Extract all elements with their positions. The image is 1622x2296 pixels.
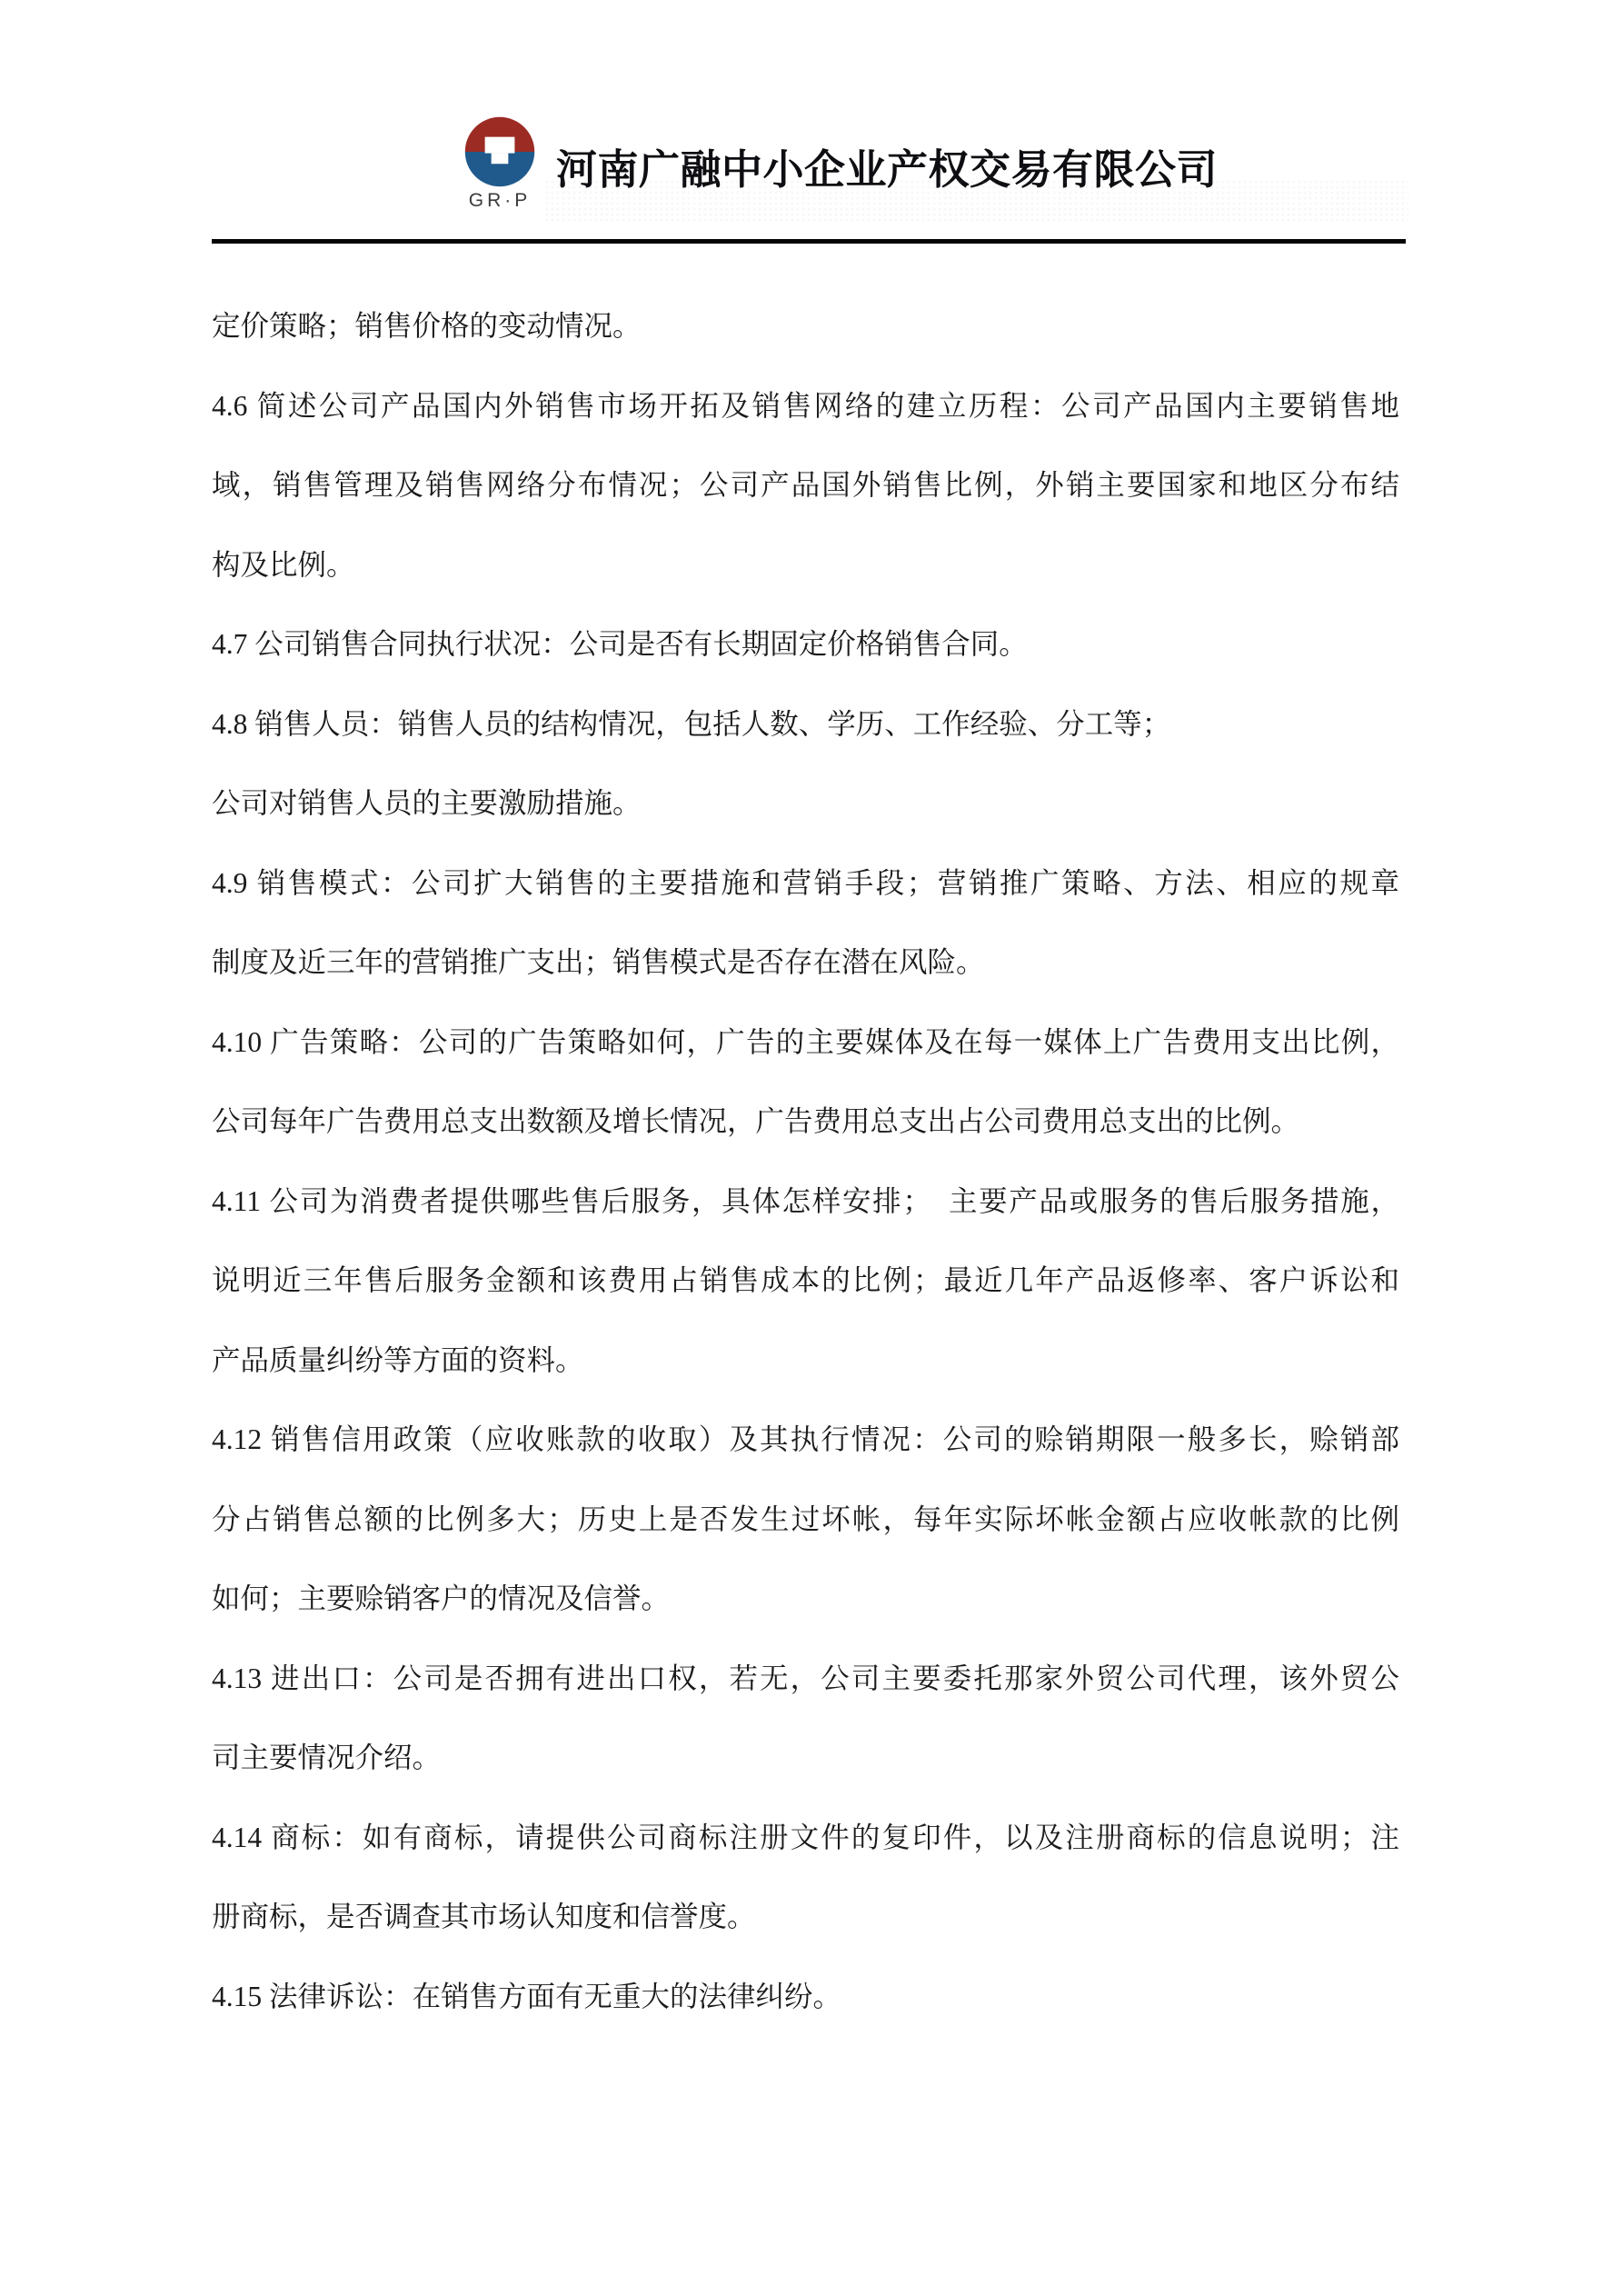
- body-line: 4.14 商标：如有商标，请提供公司商标注册文件的复印件，以及注册商标的信息说明…: [212, 1798, 1399, 1878]
- body-line: 4.7 公司销售合同执行状况：公司是否有长期固定价格销售合同。: [212, 604, 1399, 684]
- body-line: 4.8 销售人员：销售人员的结构情况，包括人数、学历、工作经验、分工等；: [212, 684, 1399, 764]
- body-line: 司主要情况介绍。: [212, 1718, 1399, 1798]
- company-logo: GR·P: [460, 116, 540, 212]
- body-line: 4.12 销售信用政策（应收账款的收取）及其执行情况：公司的赊销期限一般多长，赊…: [212, 1400, 1399, 1480]
- body-line: 如何；主要赊销客户的情况及信誉。: [212, 1559, 1399, 1639]
- body-line: 4.13 进出口：公司是否拥有进出口权，若无，公司主要委托那家外贸公司代理，该外…: [212, 1639, 1399, 1719]
- coin-logo-icon: [464, 116, 535, 187]
- header-divider: [212, 239, 1406, 244]
- document-page: GR·P 河南广融中小企业产权交易有限公司 定价策略；销售价格的变动情况。4.6…: [0, 0, 1622, 2296]
- body-line: 4.15 法律诉讼：在销售方面有无重大的法律纠纷。: [212, 1957, 1399, 2037]
- body-line: 4.11 公司为消费者提供哪些售后服务，具体怎样安排； 主要产品或服务的售后服务…: [212, 1162, 1399, 1242]
- body-line: 定价策略；销售价格的变动情况。: [212, 286, 1399, 366]
- body-line: 制度及近三年的营销推广支出；销售模式是否存在潜在风险。: [212, 923, 1399, 1003]
- body-line: 4.10 广告策略：公司的广告策略如何，广告的主要媒体及在每一媒体上广告费用支出…: [212, 1003, 1399, 1083]
- logo-monogram: GR·P: [460, 190, 540, 212]
- body-line: 册商标，是否调查其市场认知度和信誉度。: [212, 1877, 1399, 1957]
- scan-noise-watermark: [545, 180, 1408, 222]
- body-line: 公司对销售人员的主要激励措施。: [212, 764, 1399, 844]
- body-line: 域，销售管理及销售网络分布情况；公司产品国外销售比例，外销主要国家和地区分布结: [212, 445, 1399, 525]
- body-line: 产品质量纠纷等方面的资料。: [212, 1321, 1399, 1401]
- document-body: 定价策略；销售价格的变动情况。4.6 简述公司产品国内外销售市场开拓及销售网络的…: [212, 286, 1399, 2036]
- body-line: 4.9 销售模式：公司扩大销售的主要措施和营销手段；营销推广策略、方法、相应的规…: [212, 844, 1399, 923]
- body-line: 构及比例。: [212, 525, 1399, 605]
- body-line: 说明近三年售后服务金额和该费用占销售成本的比例；最近几年产品返修率、客户诉讼和: [212, 1241, 1399, 1321]
- body-line: 公司每年广告费用总支出数额及增长情况，广告费用总支出占公司费用总支出的比例。: [212, 1082, 1399, 1162]
- body-line: 分占销售总额的比例多大；历史上是否发生过坏帐，每年实际坏帐金额占应收帐款的比例: [212, 1480, 1399, 1560]
- body-line: 4.6 简述公司产品国内外销售市场开拓及销售网络的建立历程：公司产品国内主要销售…: [212, 366, 1399, 446]
